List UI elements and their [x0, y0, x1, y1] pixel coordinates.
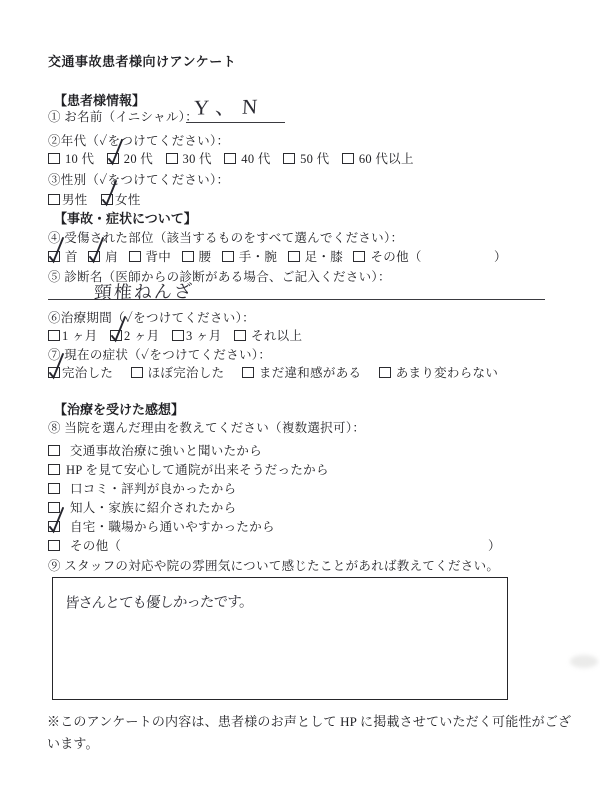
q4-options-row: 首 肩 背中 腰 手・腕 足・膝 その他（ — [48, 247, 422, 265]
q6-option: それ以上 — [234, 329, 302, 343]
option-label: 手・腕 — [239, 250, 277, 264]
checkbox-gender-male[interactable] — [48, 194, 60, 205]
q4-option: 肩 — [88, 250, 118, 264]
q9-handwritten-comment: 皆さんとても優しかったです。 — [64, 590, 254, 612]
q3-option: 女性 — [101, 193, 141, 207]
checkbox-part-other[interactable] — [353, 251, 365, 262]
q2-option: 40 代 — [224, 152, 270, 166]
footer-disclaimer-line1: ※このアンケートの内容は、患者様のお声として HP に掲載させていただく可能性が… — [47, 711, 571, 730]
option-label: その他（ — [370, 250, 421, 264]
option-label: 10 代 — [65, 152, 94, 166]
q2-option: 60 代以上 — [342, 152, 414, 166]
q6-option: 1 ヶ月 — [48, 329, 98, 343]
checkbox-part-shoulder[interactable] — [88, 251, 100, 262]
q2-option: 10 代 — [48, 152, 94, 166]
checkbox-part-waist[interactable] — [182, 251, 194, 262]
checkbox-reason-word-of-mouth[interactable] — [48, 483, 60, 494]
q9-comment-box[interactable]: 皆さんとても優しかったです。 — [52, 577, 508, 700]
option-label: 交通事故治療に強いと聞いたから — [70, 444, 262, 458]
scanned-survey-page: 交通事故患者様向けアンケート 【患者様情報】 ① お名前（イニシャル）： Y、N… — [0, 0, 600, 800]
footer-disclaimer-line2: います。 — [47, 733, 99, 752]
q7-option: ほぼ完治した — [131, 366, 225, 380]
q7-option: あまり変わらない — [379, 366, 498, 380]
q7-options-row: 完治した ほぼ完治した まだ違和感がある あまり変わらない — [48, 363, 498, 381]
q2-option: 20 代 — [107, 152, 153, 166]
option-label: あまり変わらない — [396, 366, 498, 380]
option-label: 自宅・職場から通いやすかったから — [70, 520, 275, 534]
option-label: 40 代 — [241, 152, 270, 166]
option-label: 完治した — [62, 366, 113, 380]
option-label: 3 ヶ月 — [186, 329, 222, 343]
checkbox-symptom-not-much-change[interactable] — [379, 367, 391, 378]
q2-label: ②年代（✓をつけてください）： — [48, 131, 229, 149]
checkbox-age-60s-plus[interactable] — [342, 153, 354, 164]
q8-close-paren: ） — [488, 536, 501, 554]
option-label: それ以上 — [251, 329, 302, 343]
option-label: 1 ヶ月 — [62, 329, 98, 343]
q5-handwritten-diagnosis[interactable]: 頸椎ねんざ — [93, 277, 194, 305]
option-label: HP を見て安心して通院が出来そうだったから — [66, 463, 329, 477]
q4-option: 背中 — [129, 250, 172, 264]
q1-handwritten-name[interactable]: Y、N — [193, 90, 264, 121]
checkbox-duration-1month[interactable] — [48, 330, 60, 341]
q1-label: ① お名前（イニシャル）： — [48, 107, 198, 125]
q1-name-underline[interactable] — [186, 122, 285, 123]
option-label: 30 代 — [183, 152, 212, 166]
q6-option: 3 ヶ月 — [172, 329, 222, 343]
checkbox-reason-convenient-location[interactable] — [48, 521, 60, 532]
option-label: まだ違和感がある — [259, 366, 361, 380]
checkbox-age-40s[interactable] — [224, 153, 236, 164]
checkbox-age-30s[interactable] — [166, 153, 178, 164]
checkbox-symptom-fully-recovered[interactable] — [48, 367, 60, 378]
q8-option-row: 知人・家族に紹介されたから — [48, 498, 236, 516]
q4-option: 首 — [48, 250, 78, 264]
checkbox-symptom-still-discomfort[interactable] — [242, 367, 254, 378]
checkbox-reason-hp-reassuring[interactable] — [48, 464, 60, 475]
q4-option: 手・腕 — [222, 250, 277, 264]
checkbox-reason-strong-in-accident-care[interactable] — [48, 445, 60, 456]
option-label: 50 代 — [300, 152, 329, 166]
q6-options-row: 1 ヶ月 2 ヶ月 3 ヶ月 それ以上 — [48, 326, 302, 344]
checkbox-duration-2months[interactable] — [110, 330, 122, 341]
option-label: その他（ — [70, 539, 121, 553]
checkbox-gender-female[interactable] — [101, 194, 113, 205]
option-label: 20 代 — [124, 152, 153, 166]
q3-label: ③性別（✓をつけてください）： — [48, 170, 229, 188]
section-impression: 【治療を受けた感想】 — [54, 399, 184, 418]
q7-option: まだ違和感がある — [242, 366, 361, 380]
q4-option: 足・膝 — [288, 250, 343, 264]
q2-option: 50 代 — [283, 152, 329, 166]
page-title: 交通事故患者様向けアンケート — [48, 51, 236, 70]
q8-label: ⑧ 当院を選んだ理由を教えてください（複数選択可）： — [48, 418, 365, 436]
q5-answer-underline[interactable] — [48, 299, 545, 300]
q8-option-row: その他（ — [48, 536, 121, 554]
option-label: 60 代以上 — [359, 152, 414, 166]
checkbox-part-leg-knee[interactable] — [288, 251, 300, 262]
q8-option-row: 自宅・職場から通いやすかったから — [48, 517, 275, 535]
option-label: ほぼ完治した — [148, 366, 225, 380]
q4-option: 腰 — [182, 250, 212, 264]
q3-options-row: 男性 女性 — [48, 190, 141, 208]
q4-close-paren: ） — [494, 247, 507, 265]
checkbox-age-20s[interactable] — [107, 153, 119, 164]
q3-option: 男性 — [48, 193, 88, 207]
q2-option: 30 代 — [166, 152, 212, 166]
checkbox-age-10s[interactable] — [48, 153, 60, 164]
checkbox-reason-other[interactable] — [48, 540, 60, 551]
scan-smudge-artifact — [570, 655, 598, 668]
q7-label: ⑦ 現在の症状（✓をつけてください）： — [48, 345, 271, 363]
q9-label: ⑨ スタッフの対応や院の雰囲気について感じたことがあれば教えてください。 — [48, 556, 499, 574]
checkbox-part-neck[interactable] — [48, 251, 60, 262]
checkbox-part-hand-arm[interactable] — [222, 251, 234, 262]
option-label: 2 ヶ月 — [124, 329, 160, 343]
q2-options-row: 10 代 20 代 30 代 40 代 50 代 60 代以上 — [48, 149, 414, 167]
checkbox-symptom-almost-recovered[interactable] — [131, 367, 143, 378]
q6-label: ⑥治療期間（✓をつけてください）： — [48, 308, 255, 326]
q7-option: 完治した — [48, 366, 113, 380]
q4-option: その他（ — [353, 250, 421, 264]
option-label: 足・膝 — [305, 250, 343, 264]
q6-option: 2 ヶ月 — [110, 329, 160, 343]
checkbox-duration-3months[interactable] — [172, 330, 184, 341]
q8-option-row: 口コミ・評判が良かったから — [48, 479, 236, 497]
checkbox-part-back[interactable] — [129, 251, 141, 262]
option-label: 口コミ・評判が良かったから — [70, 482, 236, 496]
section-accident: 【事故・症状について】 — [54, 208, 197, 227]
option-label: 背中 — [146, 250, 172, 264]
checkbox-age-50s[interactable] — [283, 153, 295, 164]
checkbox-duration-more[interactable] — [234, 330, 246, 341]
q8-option-row: HP を見て安心して通院が出来そうだったから — [48, 460, 329, 478]
option-label: 知人・家族に紹介されたから — [70, 501, 236, 515]
q8-option-row: 交通事故治療に強いと聞いたから — [48, 441, 262, 459]
option-label: 男性 — [62, 193, 88, 207]
option-label: 腰 — [199, 250, 212, 264]
